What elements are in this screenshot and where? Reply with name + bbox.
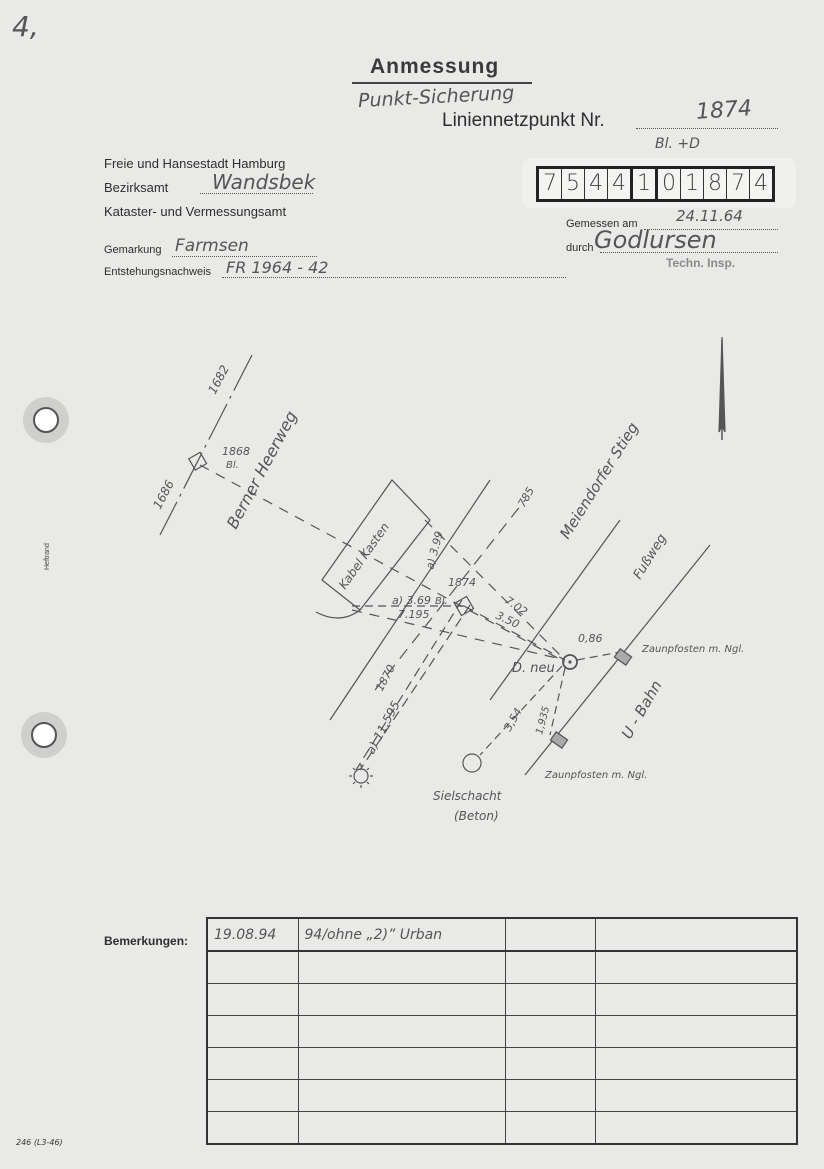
remarks-cell: 94/ohne „2)” Urban: [298, 918, 505, 951]
remarks-cell: [595, 1112, 797, 1145]
remarks-cell: [595, 1080, 797, 1112]
svg-text:Zaunpfosten m. Ngl.: Zaunpfosten m. Ngl.: [544, 770, 647, 781]
remarks-cell: [207, 951, 298, 984]
table-row: [207, 951, 797, 984]
table-row: [207, 984, 797, 1016]
svg-text:(Beton): (Beton): [454, 809, 499, 823]
remarks-cell: [505, 951, 595, 984]
remarks-cell: 19.08.94: [207, 918, 298, 951]
north-arrow-icon: [719, 337, 725, 440]
manhole-marker: [463, 754, 481, 772]
remarks-cell: [298, 984, 505, 1016]
svg-text:U - Bahn: U - Bahn: [618, 677, 666, 742]
remarks-cell: [505, 984, 595, 1016]
remarks-cell: [298, 1080, 505, 1112]
remarks-cell: [595, 984, 797, 1016]
remarks-cell: [505, 918, 595, 951]
svg-text:1686: 1686: [150, 478, 177, 512]
remarks-cell: [207, 1048, 298, 1080]
svg-text:1870: 1870: [373, 663, 398, 694]
remarks-cell: [595, 1016, 797, 1048]
svg-text:D. neu: D. neu: [512, 661, 555, 676]
remarks-cell: [595, 918, 797, 951]
remarks-cell: [207, 1080, 298, 1112]
svg-text:1868: 1868: [222, 445, 250, 458]
form-code: 246 (L3-46): [16, 1138, 63, 1147]
table-row: [207, 1080, 797, 1112]
svg-text:Meiendorfer Stieg: Meiendorfer Stieg: [556, 419, 642, 542]
svg-text:1874: 1874: [448, 576, 476, 589]
svg-text:Bl.: Bl.: [435, 596, 448, 607]
table-row: 19.08.9494/ohne „2)” Urban: [207, 918, 797, 951]
remarks-label: Bemerkungen:: [104, 934, 188, 948]
svg-text:Bl.: Bl.: [226, 460, 239, 471]
table-row: [207, 1112, 797, 1145]
svg-text:7.195: 7.195: [398, 608, 430, 621]
remarks-cell: [298, 1048, 505, 1080]
svg-text:0,86: 0,86: [578, 632, 603, 645]
remarks-cell: [595, 951, 797, 984]
remarks-cell: [595, 1048, 797, 1080]
svg-text:Sielschacht: Sielschacht: [433, 789, 503, 803]
remarks-cell: [505, 1016, 595, 1048]
remarks-cell: [505, 1080, 595, 1112]
remarks-cell: [298, 951, 505, 984]
remarks-cell: [505, 1048, 595, 1080]
remarks-cell: [207, 1112, 298, 1145]
svg-text:1,935: 1,935: [534, 705, 552, 736]
table-row: [207, 1016, 797, 1048]
svg-text:a) 3.69: a) 3.69: [392, 594, 431, 607]
svg-text:Kabel Kasten: Kabel Kasten: [336, 520, 392, 592]
remarks-cell: [207, 1016, 298, 1048]
remarks-cell: [505, 1112, 595, 1145]
svg-text:1682: 1682: [205, 363, 232, 397]
remarks-cell: [298, 1112, 505, 1145]
svg-text:Zaunpfosten m. Ngl.: Zaunpfosten m. Ngl.: [641, 644, 744, 655]
remarks-cell: [207, 984, 298, 1016]
remarks-cell: [298, 1016, 505, 1048]
svg-text:a) 11.595: a) 11.595: [363, 699, 403, 757]
svg-text:Fußweg: Fußweg: [631, 532, 670, 583]
svg-text:785: 785: [515, 485, 537, 510]
remarks-table: 19.08.9494/ohne „2)” Urban: [206, 917, 798, 1145]
table-row: [207, 1048, 797, 1080]
